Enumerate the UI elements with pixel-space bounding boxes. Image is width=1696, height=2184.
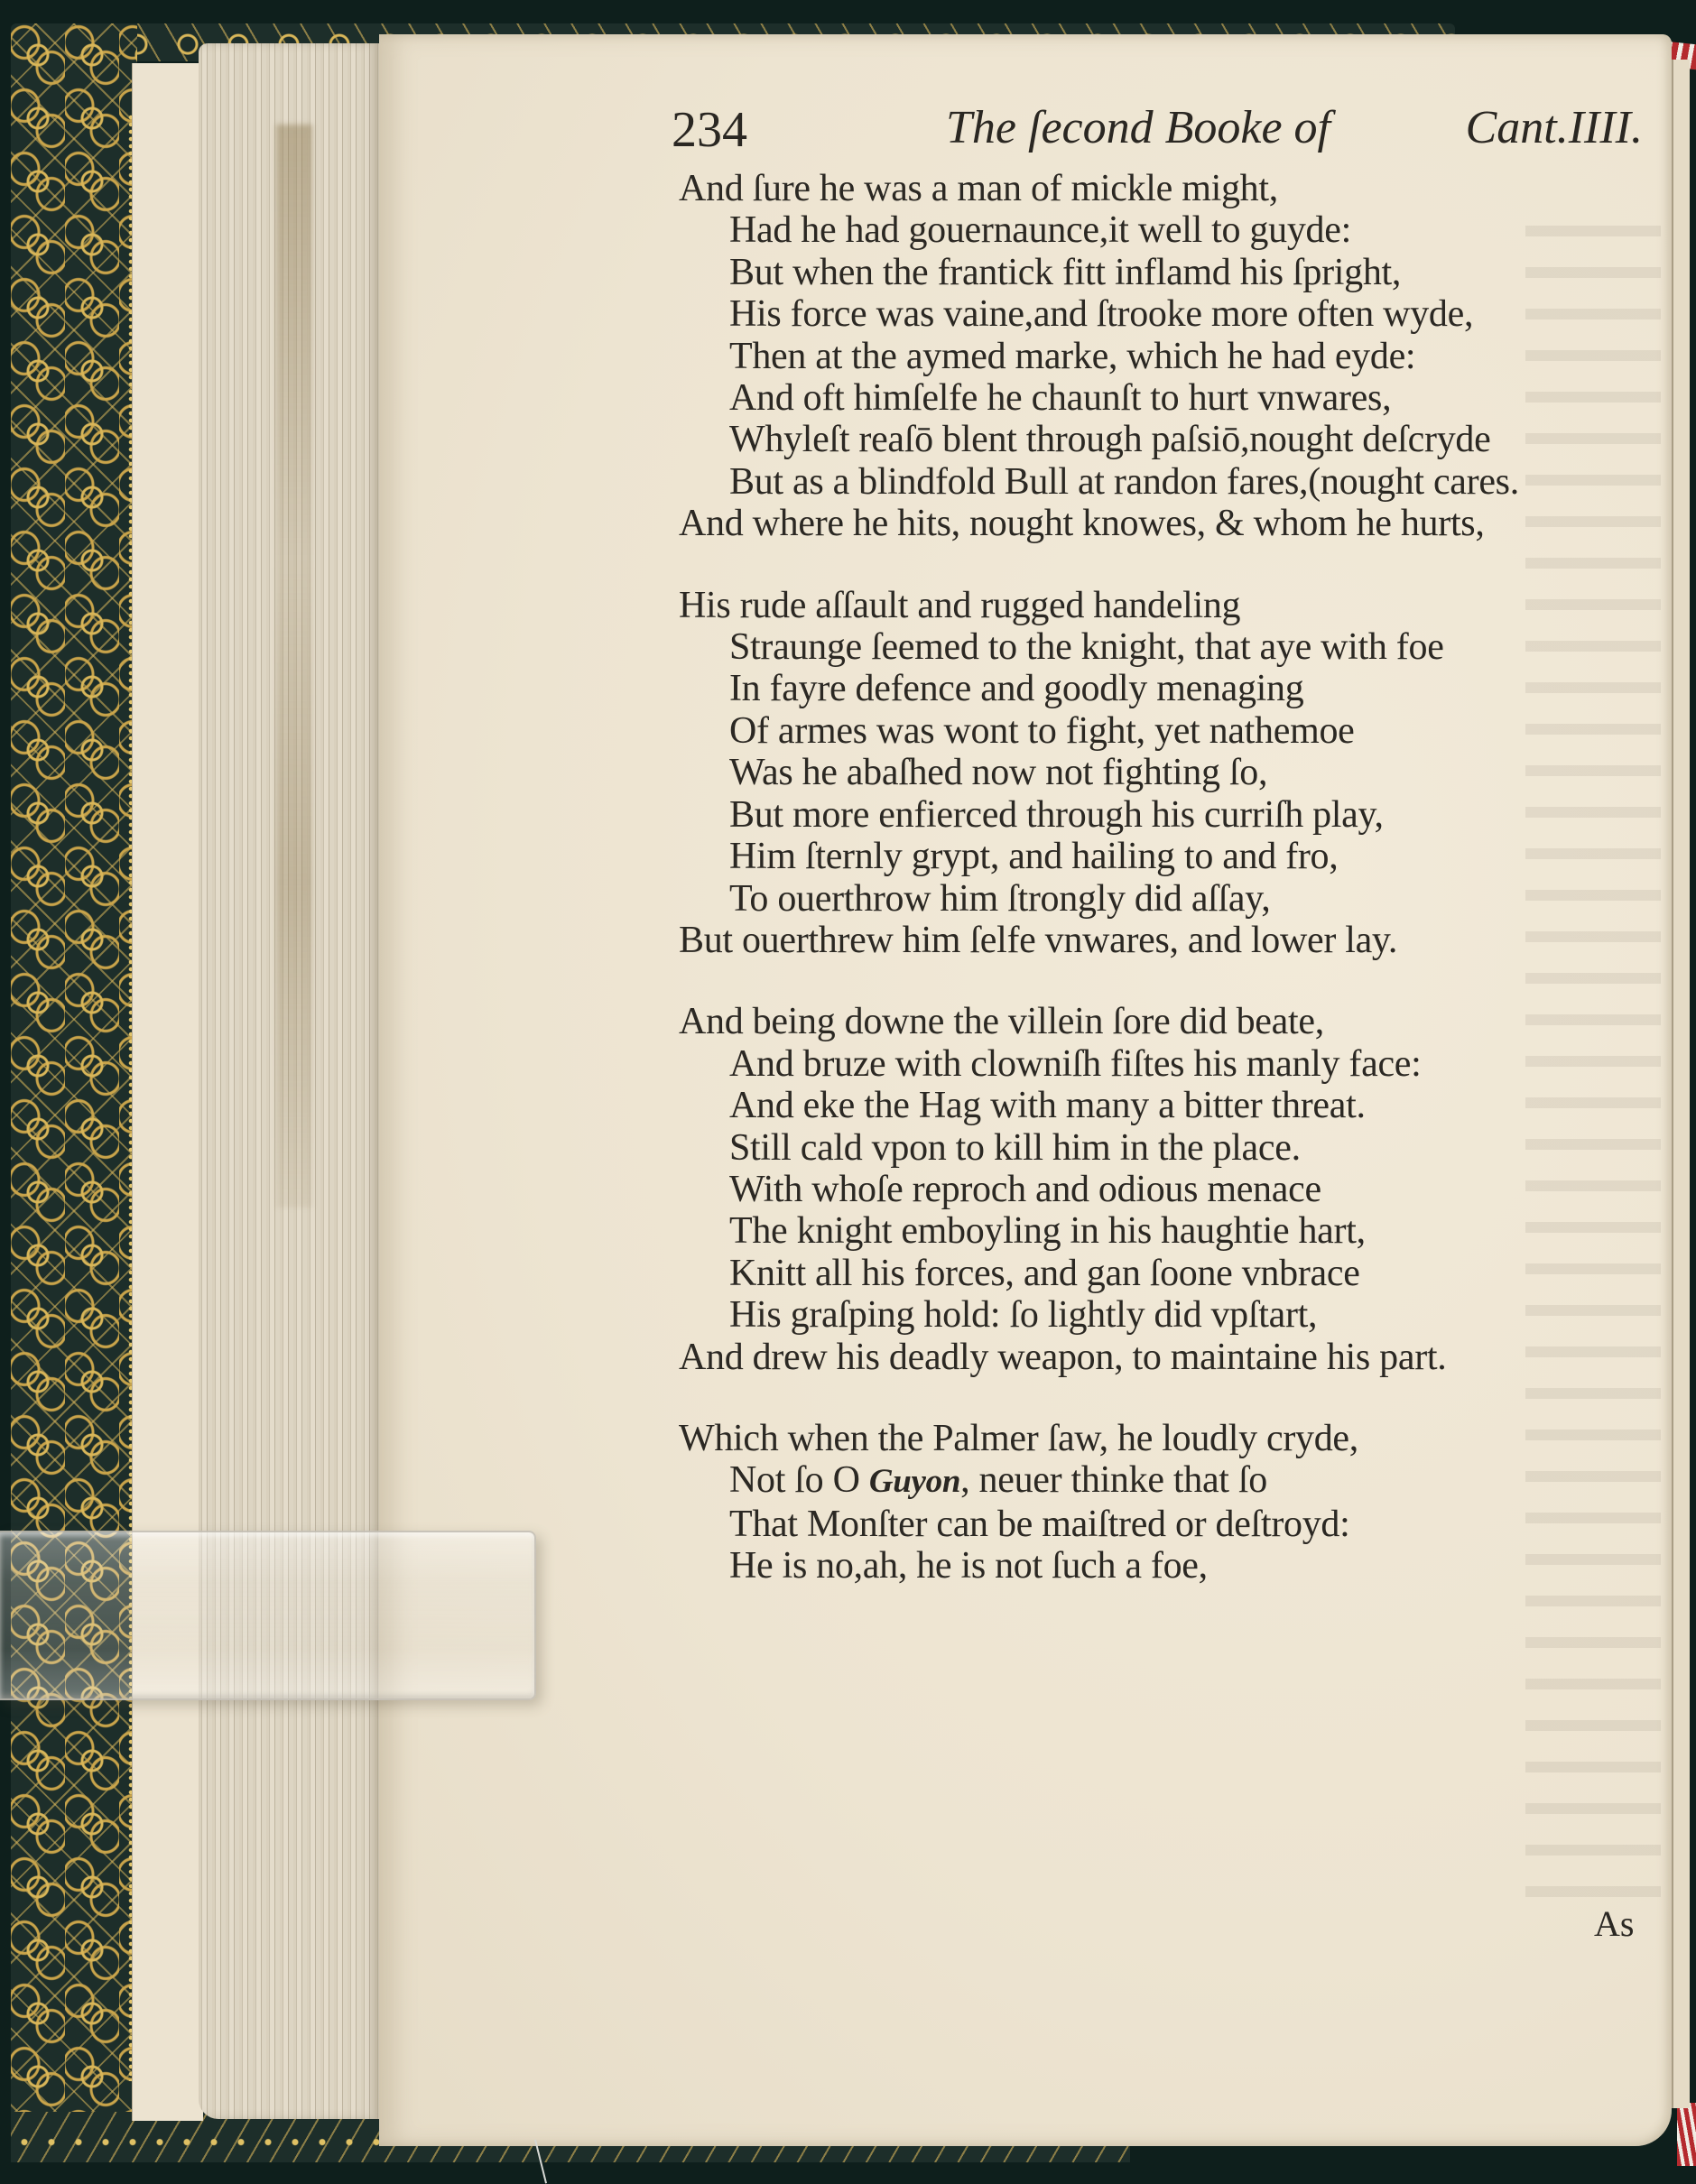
verse-line: Had he had gouernaunce,it well to guyde: [679, 209, 1681, 251]
verse-line: Which when the Palmer ſaw, he loudly cry… [679, 1418, 1681, 1459]
verse-text: And ſure he was a man of mickle might, H… [679, 168, 1681, 1587]
stanza: His rude aſſault and rugged handeling St… [679, 585, 1681, 962]
verse-line: And where he hits, nought knowes, & whom… [679, 503, 1681, 544]
verse-line: Knitt all his forces, and gan ſoone vnbr… [679, 1253, 1681, 1294]
verse-line: But ouerthrew him ſelfe vnwares, and low… [679, 920, 1681, 961]
verse-line: And bruze with clowniſh fiſtes his manly… [679, 1043, 1681, 1085]
catchword: As [1594, 1902, 1634, 1945]
verse-line: Still cald vpon to kill him in the place… [679, 1127, 1681, 1169]
verse-line: And drew his deadly weapon, to maintaine… [679, 1337, 1681, 1378]
headband-bottom [1677, 2103, 1696, 2166]
water-stain [276, 125, 312, 1208]
verse-line: But when the frantick fitt inflamd his ſ… [679, 252, 1681, 293]
running-title: The ſecond Booke of [946, 101, 1330, 154]
verse-line: His force was vaine,and ſtrooke more oft… [679, 293, 1681, 335]
verse-line: And ſure he was a man of mickle might, [679, 168, 1681, 209]
verse-line: And being downe the villein ſore did bea… [679, 1001, 1681, 1042]
verse-line: But as a blindfold Bull at randon fares,… [679, 461, 1681, 503]
verse-line: Him ſternly grypt, and hailing to and fr… [679, 836, 1681, 877]
verse-line: With whoſe reproch and odious menace [679, 1169, 1681, 1210]
verse-line: He is no,ah, he is not ſuch a foe, [679, 1545, 1681, 1587]
acrylic-page-clip [0, 1531, 536, 1700]
stanza: And being downe the villein ſore did bea… [679, 1001, 1681, 1378]
gilt-cover-left-border [11, 23, 137, 2162]
verse-line: And oft himſelfe he chaunſt to hurt vnwa… [679, 377, 1681, 419]
verse-line: Straunge ſeemed to the knight, that aye … [679, 626, 1681, 668]
verse-line: In fayre defence and goodly menaging [679, 668, 1681, 709]
running-header: 234 The ſecond Booke of Cant.IIII. [672, 101, 1637, 164]
verse-line: Whyleſt reaſō blent through paſsiō,nough… [679, 419, 1681, 460]
page-block-fore-edge [199, 43, 379, 2119]
verse-line-pre: Not ſo O [729, 1459, 869, 1501]
endpaper-strip [132, 63, 203, 2121]
verse-line: Then at the aymed marke, which he had ey… [679, 336, 1681, 377]
stanza: Which when the Palmer ſaw, he loudly cry… [679, 1418, 1681, 1587]
canto-number: Cant.IIII. [1466, 101, 1643, 154]
proper-name-guyon: Guyon [869, 1463, 960, 1500]
verse-line: Was he abaſhed now not fighting ſo, [679, 752, 1681, 793]
verse-line: But more enfierced through his curriſh p… [679, 794, 1681, 836]
verse-line: Not ſo O Guyon, neuer thinke that ſo [679, 1459, 1681, 1503]
verse-line: The knight emboyling in his haughtie har… [679, 1210, 1681, 1252]
stanza: And ſure he was a man of mickle might, H… [679, 168, 1681, 545]
verse-line: His rude aſſault and rugged handeling [679, 585, 1681, 626]
verse-line: That Monſter can be maiſtred or deſtroyd… [679, 1504, 1681, 1545]
verse-line: Of armes was wont to fight, yet nathemoe [679, 710, 1681, 752]
page-number: 234 [672, 101, 747, 159]
verse-line: To ouerthrow him ſtrongly did aſſay, [679, 878, 1681, 920]
verse-line: His graſping hold: ſo lightly did vpſtar… [679, 1294, 1681, 1336]
verse-line: And eke the Hag with many a bitter threa… [679, 1085, 1681, 1126]
verse-line-post: , neuer thinke that ſo [960, 1459, 1267, 1501]
